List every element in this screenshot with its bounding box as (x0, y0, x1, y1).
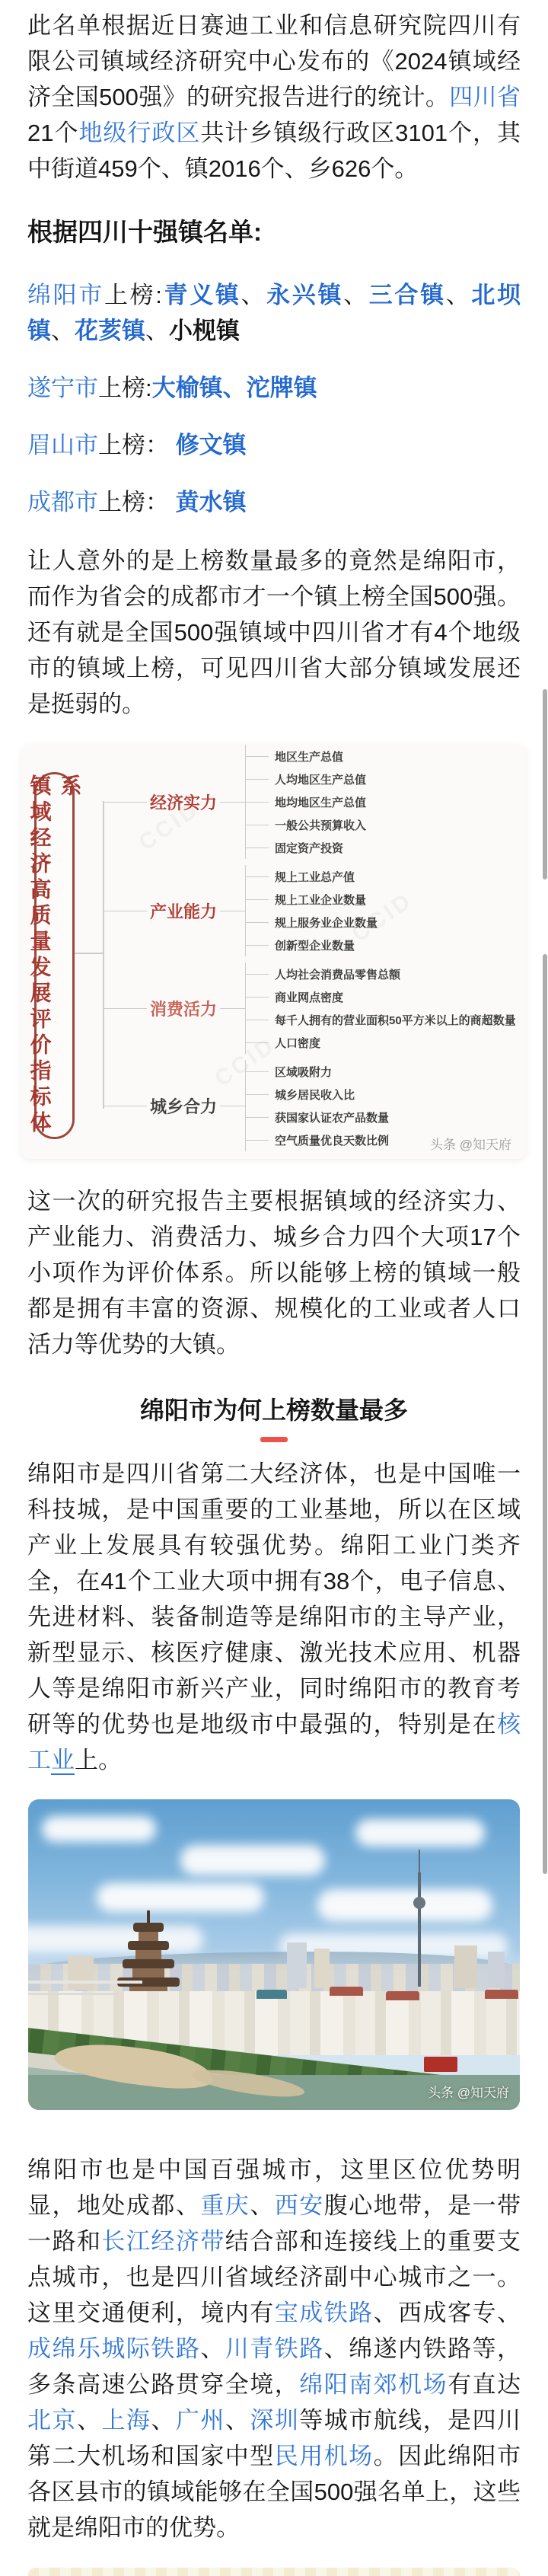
building (488, 1952, 505, 1988)
branch-label-urban-rural: 城乡合力 (147, 1094, 220, 1118)
bridge (28, 1993, 118, 1995)
text-run: 上榜: (98, 375, 152, 401)
text-run: 上榜: (104, 282, 162, 308)
article-page: { "page": { "background": "#ffffff", "li… (0, 0, 548, 2576)
indicator-label: 区域吸附力 (275, 1064, 332, 1080)
inline-link[interactable]: 宝成铁路 (275, 2300, 374, 2326)
inline-link[interactable]: 上海 (101, 2407, 151, 2434)
indicator-item: 每千人拥有的营业面积50平方米以上的商超数量 (246, 1008, 516, 1031)
indicator-label: 规上服务业企业数量 (275, 915, 378, 930)
diagram-tree: 经济实力 地区生产总值人均地区生产总值地均地区生产总值一般公共预算收入固定资产投… (21, 745, 515, 1154)
cloud (180, 1845, 325, 1875)
text-run: 绵阳市是四川省第二大经济体，也是中国唯一科技城，是中国重要的工业基地，所以在区域… (27, 1460, 521, 1738)
text-run: 、 (151, 2407, 175, 2434)
paragraph-commentary: 让人意外的是上榜数量最多的竟然是绵阳市，而作为省会的成都市才一个镇上榜全国500… (27, 543, 521, 722)
paragraph-intro: 此名单根据近日赛迪工业和信息研究院四川有限公司镇域经济研究中心发布的《2024镇… (27, 8, 521, 187)
branch-line (104, 1106, 147, 1106)
inline-link[interactable]: 深圳 (250, 2407, 299, 2434)
indicator-label: 获国家认证农产品数量 (275, 1109, 389, 1125)
indicator-item: 商业网点密度 (246, 985, 516, 1008)
leaf-list: 人均社会消费品零售总额商业网点密度每千人拥有的营业面积50平方米以上的商超数量人… (245, 962, 516, 1054)
indicator-item: 规上工业企业数量 (246, 888, 515, 911)
indicator-label: 固定资产投资 (275, 840, 343, 856)
red-roof (485, 1990, 518, 1999)
bridge (28, 1981, 142, 1984)
text-run: 有直达 (448, 2371, 521, 2398)
indicator-label: 商业网点密度 (275, 989, 343, 1005)
text-run: 21个 (27, 120, 78, 146)
diagram-group-economy: 经济实力 地区生产总值人均地区生产总值地均地区生产总值一般公共预算收入固定资产投… (21, 745, 515, 862)
indicator-label: 人均社会消费品零售总额 (275, 966, 400, 982)
mianyang-city-photo[interactable]: 头条 @知天府 (28, 1799, 520, 2110)
text-run: 、西成客专、 (374, 2300, 521, 2326)
leaf-line (246, 1071, 269, 1072)
text-run: 这一次的研究报告主要根据镇域的经济实力、产业能力、消费活力、城乡合力四个大项17… (27, 1188, 521, 1358)
article-content: 此名单根据近日赛迪工业和信息研究院四川有限公司镇域经济研究中心发布的《2024镇… (0, 0, 548, 2576)
leaf-line (246, 876, 269, 877)
branch-label-consumption: 消费活力 (147, 997, 220, 1020)
list-heading: 根据四川十强镇名单: (27, 214, 521, 250)
next-image-top-edge (28, 2568, 520, 2576)
inline-link[interactable]: 眉山市 (27, 432, 98, 458)
list-item-suining: 遂宁市上榜:大榆镇、沱牌镇 (27, 370, 521, 406)
text-run: 、 (446, 282, 472, 308)
indicator-label: 创新型企业数量 (275, 937, 355, 953)
inline-link[interactable]: 黄水镇 (176, 489, 247, 516)
branch-line (220, 1106, 245, 1106)
teal-roof (256, 1990, 287, 1999)
text-run: 、 (225, 2407, 250, 2434)
indicator-item: 规上工业总产值 (246, 865, 515, 888)
leaf-line (246, 1042, 269, 1043)
inline-link[interactable]: 川青铁路 (225, 2335, 324, 2362)
indicator-label: 规上工业总产值 (275, 869, 355, 885)
branch-label-economy: 经济实力 (147, 790, 220, 814)
photo-watermark: 头条 @知天府 (428, 2082, 509, 2101)
branch-line (104, 911, 147, 911)
text-run: 、 (200, 2335, 225, 2362)
indicator-label: 人口密度 (275, 1035, 320, 1051)
inline-link[interactable]: 绵阳市 (27, 282, 104, 308)
text-run: 让人意外的是上榜数量最多的竟然是绵阳市，而作为省会的成都市才一个镇上榜全国500… (27, 547, 521, 717)
branch-line (104, 802, 147, 803)
text-run: 、 (343, 282, 369, 308)
leaf-line (246, 922, 269, 923)
paragraph-mianyang-location: 绵阳市也是中国百强城市，这里区位优势明显，地处成都、重庆、西安腹心地带，是一带一… (27, 2152, 521, 2546)
indicator-item: 获国家认证农产品数量 (246, 1106, 515, 1128)
indicator-item: 地均地区生产总值 (246, 790, 515, 813)
leaf-line (246, 1094, 269, 1095)
indicator-label: 规上工业企业数量 (275, 892, 366, 908)
tv-tower-antenna (419, 1850, 420, 1875)
cloud (42, 1816, 156, 1842)
building (68, 1956, 94, 1990)
text-run: 、 (241, 282, 267, 308)
indicator-item: 人均地区生产总值 (246, 768, 515, 790)
branch-line (104, 1008, 147, 1009)
indicator-item: 地区生产总值 (246, 745, 515, 768)
red-roof (330, 1987, 363, 1996)
branch-label-industry: 产业能力 (147, 899, 220, 923)
inline-link[interactable]: 民用机场 (275, 2443, 374, 2469)
inline-link[interactable]: 长江经济带 (101, 2228, 225, 2255)
list-item-chengdu: 成都市上榜： 黄水镇 (27, 484, 521, 520)
leaf-line (246, 802, 269, 803)
diagram-watermark: 头条 @知天府 (430, 1134, 511, 1153)
leaf-line (246, 756, 269, 757)
scrollbar-thumb[interactable] (543, 689, 547, 879)
indicator-label: 地区生产总值 (275, 749, 343, 765)
indicator-item: 区域吸附力 (246, 1060, 515, 1083)
inline-link[interactable]: 绵阳南郊机场 (299, 2371, 448, 2398)
text-run: 、 (250, 2192, 274, 2219)
inline-link[interactable]: 修文镇 (176, 432, 247, 458)
text-run: 小枧镇 (169, 318, 240, 344)
leaf-line (246, 1140, 269, 1141)
indicator-item: 城乡居民收入比 (246, 1083, 515, 1106)
leaf-line (246, 997, 269, 998)
inline-link[interactable]: 成都市 (27, 489, 98, 516)
leaf-line (246, 1117, 269, 1118)
inline-link[interactable]: 花荄镇 (75, 318, 145, 344)
inline-link[interactable]: 西安 (275, 2192, 324, 2219)
leaf-list: 地区生产总值人均地区生产总值地均地区生产总值一般公共预算收入固定资产投资 (245, 745, 515, 859)
inline-link[interactable]: 成绵乐城际铁路 (27, 2335, 200, 2362)
indicator-item: 固定资产投资 (246, 836, 515, 859)
leaf-list: 规上工业总产值规上工业企业数量规上服务业企业数量创新型企业数量 (245, 865, 515, 956)
leaf-line (246, 899, 269, 900)
list-item-meishan: 眉山市上榜： 修文镇 (27, 427, 521, 463)
leaf-line (246, 847, 269, 848)
text-run: 、 (145, 318, 169, 344)
indicator-item: 人均社会消费品零售总额 (246, 962, 516, 985)
cloud (317, 1889, 492, 1921)
text-run: 上榜： (98, 432, 176, 458)
diagram-group-consumption: 消费活力 人均社会消费品零售总额商业网点密度每千人拥有的营业面积50平方米以上的… (21, 959, 515, 1057)
red-billboard (424, 2057, 457, 2072)
text-run: 、 (77, 2407, 101, 2434)
text-run: 、 (51, 318, 75, 344)
indicator-label: 城乡居民收入比 (275, 1087, 355, 1103)
inline-link[interactable]: 北京 (27, 2407, 77, 2434)
inline-link[interactable]: 遂宁市 (27, 375, 98, 401)
inline-link[interactable]: 地级行政区 (78, 120, 200, 146)
red-divider-bar (260, 1437, 288, 1442)
cloud (355, 1819, 485, 1847)
cloud (97, 1883, 264, 1912)
building (314, 1949, 330, 1988)
indicator-item: 创新型企业数量 (246, 934, 515, 956)
paragraph-methodology: 这一次的研究报告主要根据镇域的经济实力、产业能力、消费活力、城乡合力四个大项17… (27, 1183, 521, 1362)
inline-link[interactable]: 永兴镇 (266, 282, 343, 308)
indicator-label: 人均地区生产总值 (275, 771, 366, 787)
branch-line (220, 802, 245, 803)
branch-line (220, 1008, 245, 1009)
tv-tower-pod (413, 1897, 425, 1909)
inline-link[interactable]: 青义镇 (162, 282, 241, 308)
indicator-label: 每千人拥有的营业面积50平方米以上的商超数量 (275, 1012, 516, 1028)
section-heading: 绵阳市为何上榜数量最多 (27, 1393, 521, 1428)
inline-link[interactable]: 大榆镇、沱牌镇 (152, 375, 317, 401)
indicator-system-diagram-image[interactable]: CCID CCID CCID 镇域经济高质量发展评价指标体系 经济实力 地区生产… (21, 745, 527, 1159)
inline-link[interactable]: 广州 (176, 2407, 225, 2434)
scrollbar-thumb[interactable] (543, 954, 547, 1874)
text-run: 此名单根据近日赛迪工业和信息研究院四川有限公司镇域经济研究中心发布的《2024镇… (27, 12, 521, 110)
red-roof (386, 1991, 419, 2000)
leaf-line (246, 825, 269, 825)
branch-line (220, 911, 245, 911)
indicator-label: 空气质量优良天数比例 (275, 1132, 389, 1148)
leaf-line (246, 974, 269, 975)
inline-link[interactable]: 三合镇 (369, 282, 446, 308)
building (454, 1946, 477, 1988)
indicator-item: 规上服务业企业数量 (246, 911, 515, 934)
building (287, 1942, 307, 1988)
text-run: 上榜： (98, 489, 176, 516)
diagram-group-industry: 产业能力 规上工业总产值规上工业企业数量规上服务业企业数量创新型企业数量 (21, 862, 515, 959)
leaf-line (246, 1020, 269, 1020)
indicator-item: 一般公共预算收入 (246, 813, 515, 836)
inline-link[interactable]: 业 (51, 1747, 75, 1773)
paragraph-mianyang-industry: 绵阳市是四川省第二大经济体，也是中国唯一科技城，是中国重要的工业基地，所以在区域… (27, 1456, 521, 1778)
inline-link[interactable]: 重庆 (200, 2192, 250, 2219)
indicator-label: 地均地区生产总值 (275, 794, 366, 810)
list-item-mianyang: 绵阳市上榜:青义镇、永兴镇、三合镇、北坝镇、花荄镇、小枧镇 (27, 277, 521, 349)
indicator-label: 一般公共预算收入 (275, 817, 366, 833)
indicator-item: 人口密度 (246, 1031, 516, 1054)
tv-tower (418, 1872, 421, 1987)
text-run: 上。 (75, 1747, 122, 1773)
leaf-line (246, 945, 269, 946)
leaf-line (246, 779, 269, 780)
inline-link[interactable]: 四川省 (449, 84, 521, 110)
